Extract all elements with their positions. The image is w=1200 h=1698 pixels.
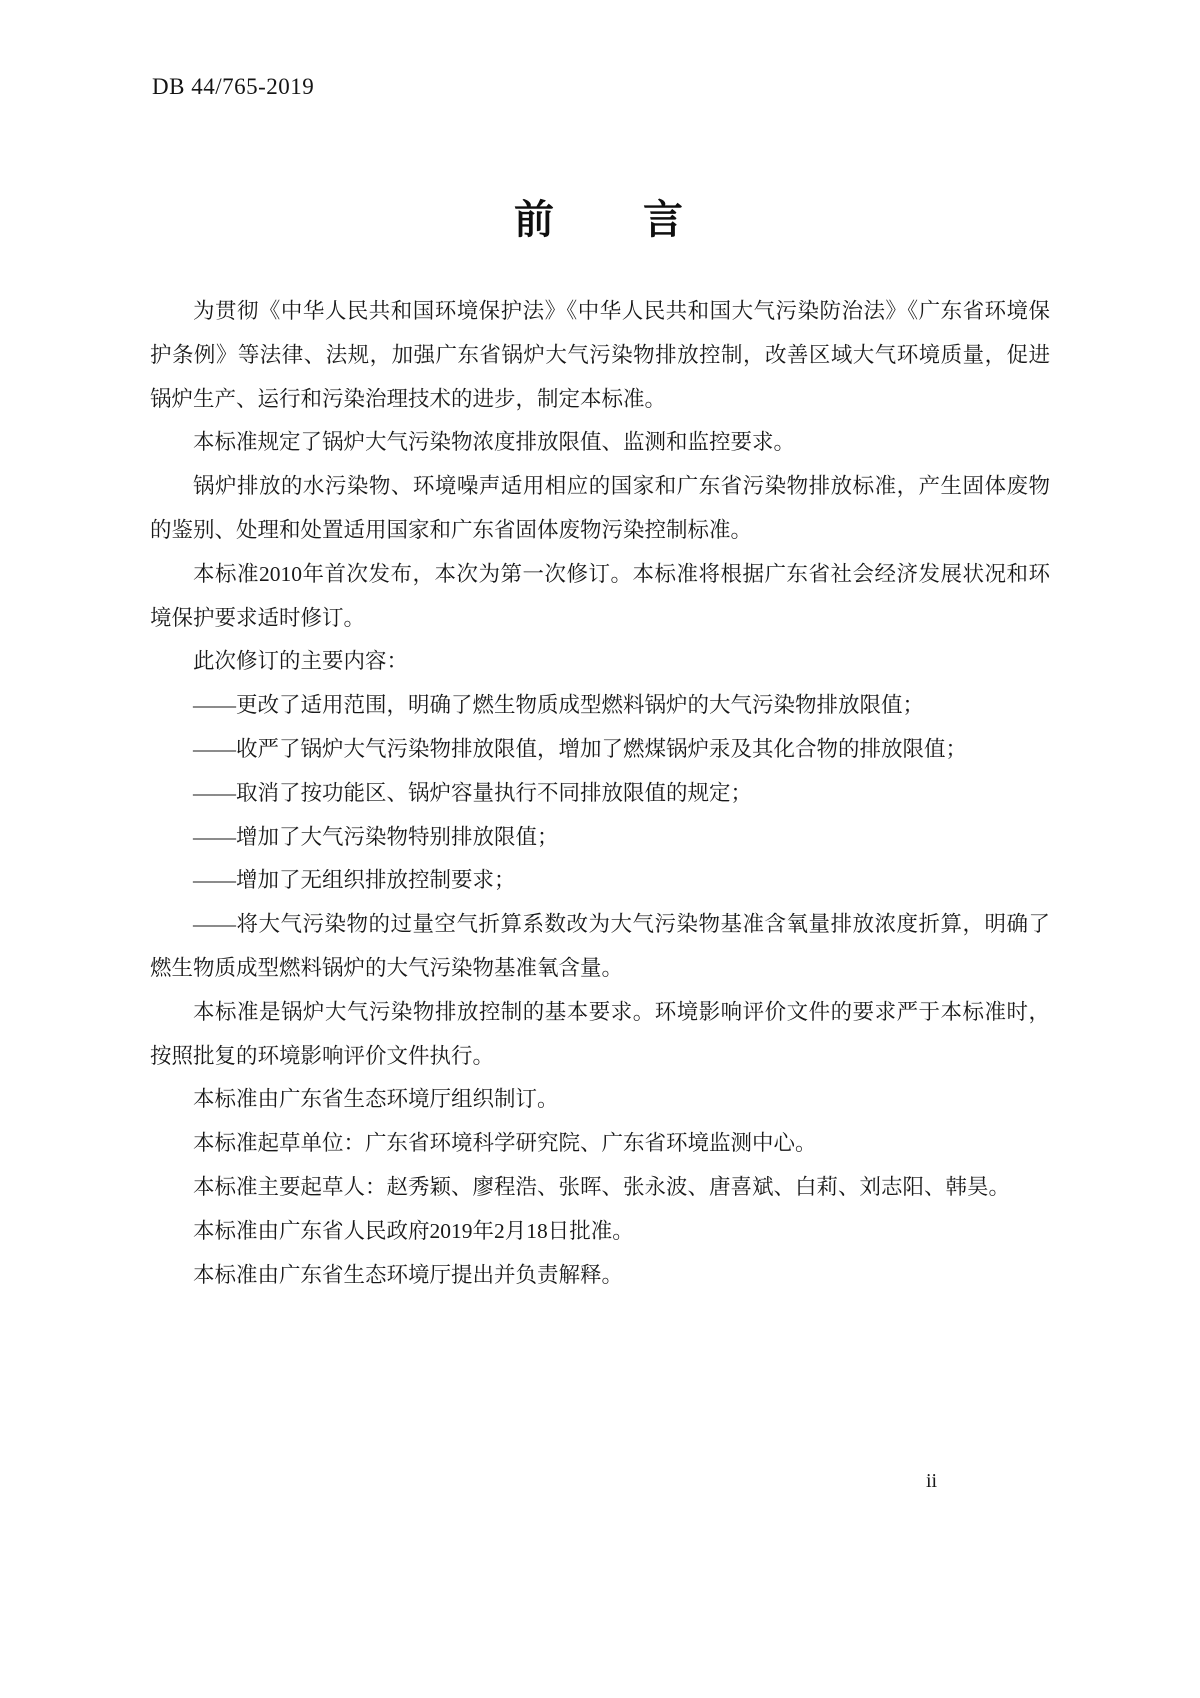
paragraph-other-standards: 锅炉排放的水污染物、环境噪声适用相应的国家和广东省污染物排放标准，产生固体废物的… bbox=[150, 465, 1050, 553]
paragraph-interpretation: 本标准由广东省生态环境厅提出并负责解释。 bbox=[150, 1254, 1050, 1298]
document-page: DB 44/765-2019 前 言 为贯彻《中华人民共和国环境保护法》《中华人… bbox=[0, 0, 1200, 1698]
page-title: 前 言 bbox=[0, 188, 1200, 245]
paragraph-revision-lead-in: 此次修订的主要内容： bbox=[150, 640, 1050, 684]
page-number: ii bbox=[926, 1470, 937, 1493]
paragraph-drafters: 本标准主要起草人：赵秀颖、廖程浩、张晖、张永波、唐喜斌、白莉、刘志阳、韩昊。 bbox=[150, 1166, 1050, 1210]
paragraph-approval: 本标准由广东省人民政府2019年2月18日批准。 bbox=[150, 1210, 1050, 1254]
paragraph-revision-history: 本标准2010年首次发布，本次为第一次修订。本标准将根据广东省社会经济发展状况和… bbox=[150, 553, 1050, 641]
revision-item-5: ——增加了无组织排放控制要求； bbox=[150, 859, 1050, 903]
revision-item-6: ——将大气污染物的过量空气折算系数改为大气污染物基准含氧量排放浓度折算，明确了燃… bbox=[150, 903, 1050, 991]
paragraph-organizer: 本标准由广东省生态环境厅组织制订。 bbox=[150, 1078, 1050, 1122]
paragraph-drafting-units: 本标准起草单位：广东省环境科学研究院、广东省环境监测中心。 bbox=[150, 1122, 1050, 1166]
paragraph-scope: 本标准规定了锅炉大气污染物浓度排放限值、监测和监控要求。 bbox=[150, 421, 1050, 465]
paragraph-intro: 为贯彻《中华人民共和国环境保护法》《中华人民共和国大气污染防治法》《广东省环境保… bbox=[150, 290, 1050, 421]
revision-item-4: ——增加了大气污染物特别排放限值； bbox=[150, 816, 1050, 860]
revision-item-3: ——取消了按功能区、锅炉容量执行不同排放限值的规定； bbox=[150, 772, 1050, 816]
revision-item-2: ——收严了锅炉大气污染物排放限值，增加了燃煤锅炉汞及其化合物的排放限值； bbox=[150, 728, 1050, 772]
paragraph-basic-requirement: 本标准是锅炉大气污染物排放控制的基本要求。环境影响评价文件的要求严于本标准时，按… bbox=[150, 991, 1050, 1079]
document-body: 为贯彻《中华人民共和国环境保护法》《中华人民共和国大气污染防治法》《广东省环境保… bbox=[150, 290, 1050, 1297]
document-code: DB 44/765-2019 bbox=[152, 74, 314, 100]
revision-item-1: ——更改了适用范围，明确了燃生物质成型燃料锅炉的大气污染物排放限值； bbox=[150, 684, 1050, 728]
